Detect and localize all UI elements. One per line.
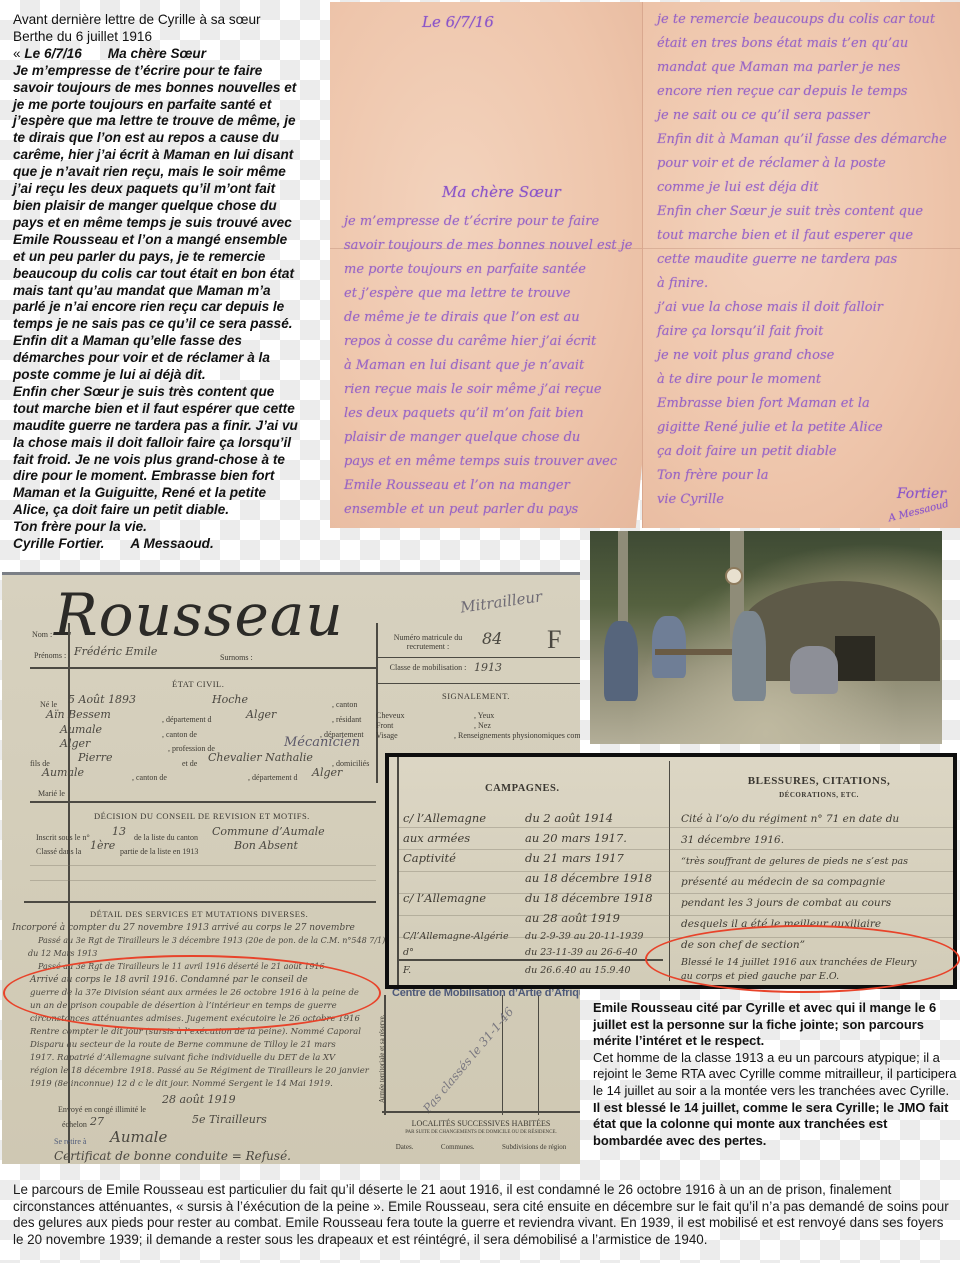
- service-line: région le 18 décembre 1918. Passé au 5e …: [30, 1066, 369, 1076]
- label-partie: partie de la liste en 1913: [120, 847, 198, 856]
- explanation-body: Cet homme de la classe 1913 a eu un parc…: [593, 1050, 956, 1098]
- campaign-place: aux armées: [403, 831, 525, 845]
- label-canton-de: , canton de: [162, 730, 197, 739]
- header-line-1: Avant dernière lettre de Cyrille à sa sœ…: [13, 12, 261, 27]
- campaign-range: au 20 mars 1917.: [525, 831, 627, 845]
- value-conge-unit: 5e Tirailleurs: [192, 1113, 267, 1126]
- explanation-conclusion: Il est blessé le 14 juillet, comme le se…: [593, 1100, 948, 1148]
- value-residant: Aumale: [60, 723, 102, 736]
- explanation-text: Emile Rousseau cité par Cyrille et avec …: [593, 1000, 958, 1149]
- campaign-range: du 2-9-39 au 20-11-1939: [525, 931, 643, 942]
- value-departement: Alger: [246, 708, 276, 721]
- service-line: du 12 Mars 1913: [28, 949, 97, 958]
- handwritten-line: me porte toujours en parfaite santée: [330, 258, 632, 282]
- service-line: Rentre compter le dit jour (sursis à l’e…: [30, 1027, 361, 1037]
- record-annotation: Mitrailleur: [459, 587, 543, 616]
- body-line: je me porte toujours en parfaite santé e…: [13, 97, 271, 112]
- campaign-place: c/ l’Allemagne: [403, 891, 525, 905]
- body-line: Alice, ça doit faire un petit diable.: [13, 502, 229, 517]
- soldier-figure: [604, 621, 638, 701]
- opening-quote: «: [13, 46, 24, 61]
- divider: [30, 667, 376, 669]
- signature: Cyrille Fortier.: [13, 536, 104, 551]
- localites-subheading: PAR SUITE DE CHANGEMENTS DE DOMICILE OU …: [382, 1130, 580, 1135]
- handwritten-line: cette maudite guerre ne tardera pas: [643, 248, 947, 272]
- value-ne-le: 5 Août 1893: [68, 693, 136, 706]
- body-line: bien plaisir de manger quelque chose du: [13, 198, 277, 213]
- handwritten-line: Emile Rousseau et l’on na manger: [330, 474, 632, 498]
- handwritten-salutation: Ma chère Sœur: [442, 180, 561, 204]
- campaign-row: Captivitédu 21 mars 1917: [403, 851, 624, 865]
- letter-date: Le 6/7/16: [24, 46, 81, 61]
- clock-icon: [725, 567, 743, 585]
- citation-line-wound: au corps et pied gauche par E.O.: [681, 970, 957, 984]
- campaign-row: F.du 26.6.40 au 15.9.40: [403, 965, 631, 976]
- handwritten-line: à te dire pour le moment: [643, 368, 947, 392]
- campaign-row: c/ l’Allemagnedu 18 décembre 1918: [403, 891, 653, 905]
- service-line: 1919 (8e inconnue) 12 d c le dit jour. N…: [30, 1079, 333, 1089]
- value-departement3: Alger: [312, 766, 342, 779]
- body-line: temps je ne sais pas ce qu’il ce sera pa…: [13, 316, 293, 331]
- value-matricule: 84: [482, 629, 502, 648]
- campaign-range: du 26.6.40 au 15.9.40: [525, 965, 631, 976]
- service-line: Passé au 3e Rgt de Tirailleurs le 11 avr…: [38, 962, 325, 971]
- handwritten-line: tout marche bien et il faut esperer que: [643, 224, 947, 248]
- label-matricule: Numéro matricule du recrutement :: [388, 633, 468, 651]
- value-matricule-letter: F: [547, 625, 561, 655]
- col-dates: Dates.: [396, 1143, 414, 1151]
- campaign-place: F.: [403, 965, 525, 976]
- label-classe-dans: Classé dans la: [36, 847, 81, 856]
- body-line: poste comme je lui ai déjà dit.: [13, 367, 206, 382]
- body-line: carême, hier j’ai écrit à Maman en lui d…: [13, 147, 293, 162]
- label-nez: , Nez: [474, 721, 491, 730]
- handwritten-line: je ne sait ou ce qu’il sera passer: [643, 104, 947, 128]
- label-departement3: , département d: [248, 773, 298, 782]
- transcription-body: « Le 6/7/16Ma chère Sœur Je m’empresse d…: [13, 46, 318, 553]
- divider: [24, 901, 376, 903]
- handwritten-line: ça doit faire un petit diable: [643, 440, 947, 464]
- citation-line: de son chef de section”: [681, 935, 957, 956]
- handwritten-line: plaisir de manger quelque chose du: [330, 426, 632, 450]
- col-subdivisions: Subdivisions de région: [502, 1143, 566, 1151]
- explanation-intro: Emile Rousseau cité par Cyrille et avec …: [593, 1000, 936, 1048]
- handwritten-line: encore rien reçue car depuis le temps: [643, 80, 947, 104]
- label-visage: Visage: [376, 731, 398, 740]
- body-line: Ton frère pour la vie.: [13, 519, 147, 534]
- heading-detail: DÉTAIL DES SERVICES ET MUTATIONS DIVERSE…: [90, 909, 308, 919]
- service-line: 1917. Rapatrié d’Allemagne suivant fiche…: [30, 1053, 335, 1063]
- label-classe-mob: Classe de mobilisation :: [388, 663, 468, 672]
- ruling: [30, 865, 376, 866]
- value-domicilies: Aumale: [42, 766, 84, 779]
- handwritten-line: pour voir et de réclamer à la poste: [643, 152, 947, 176]
- heading-decorations: DÉCORATIONS, ETC.: [689, 791, 949, 799]
- label-marie: Marié le: [38, 789, 65, 798]
- label-liste: de la liste du canton: [134, 833, 198, 842]
- campaign-place: d°: [403, 947, 525, 958]
- label-nom: Nom :: [32, 630, 52, 639]
- label-envoye: Envoyé en congé illimité le: [58, 1105, 146, 1114]
- campaign-place: c/ l’Allemagne: [403, 811, 525, 825]
- citation-line: présenté au médecin de sa compagnie: [681, 872, 957, 893]
- service-line: Incorporé à compter du 27 novembre 1913 …: [12, 923, 355, 933]
- campaigns-inset: CAMPAGNES. BLESSURES, CITATIONS, DÉCORAT…: [385, 753, 957, 989]
- body-line: Enfin cher Sœur je suis très content que: [13, 384, 274, 399]
- handwritten-line: de même je te dirais que l’on est au: [330, 306, 632, 330]
- handwritten-line: savoir toujours de mes bonnes nouvel est…: [330, 234, 632, 258]
- citation-line: “très souffrant de gelures de pieds ne s…: [681, 851, 957, 872]
- citation-text: Cité à l’o/o du régiment n° 71 en date d…: [681, 809, 957, 984]
- handwritten-line: faire ça lorsqu’il fait froit: [643, 320, 947, 344]
- value-inscrit-num: 13: [112, 825, 126, 838]
- heading-decision: DÉCISION DU CONSEIL DE REVISION ET MOTIF…: [94, 811, 310, 821]
- handwritten-lines-left: je m’empresse de t’écrire pour te faire …: [330, 210, 632, 522]
- heading-localites: LOCALITÉS SUCCESSIVES HABITÉES: [382, 1119, 580, 1128]
- col-communes: Communes.: [441, 1143, 475, 1151]
- letter-page-left: Le 6/7/16 Ma chère Sœur je m’empresse de…: [330, 2, 642, 528]
- service-line: Passé au 3e Rgt de Tirailleurs le 3 déce…: [38, 936, 385, 945]
- citation-line: Cité à l’o/o du régiment n° 71 en date d…: [681, 809, 957, 830]
- label-renseignements: , Renseignements physionomiques compléme…: [454, 731, 580, 740]
- service-line: guerre de la 37e Division séant aux armé…: [30, 988, 359, 998]
- handwritten-line: à finire.: [643, 272, 947, 296]
- body-line: fait froid. Je ne vois plus grand-chose …: [13, 452, 285, 467]
- campaign-range: du 2 août 1914: [525, 811, 613, 825]
- handwritten-line: ensemble et un peut parler du pays: [330, 498, 632, 522]
- citation-line: desquels il a été le meilleur auxiliaire: [681, 914, 957, 935]
- body-line: la chose mais il doit falloir faire ça l…: [13, 435, 291, 450]
- service-line: Arrivé au corps le 18 avril 1916. Condam…: [30, 975, 308, 985]
- value-departement2: Alger: [60, 737, 90, 750]
- body-line: tout marche bien et il faut espérer que …: [13, 401, 295, 416]
- label-residant: , résidant: [332, 715, 361, 724]
- heading-campagnes: CAMPAGNES.: [485, 783, 560, 794]
- value-echelon: 27: [90, 1115, 104, 1128]
- body-line: Enfin dit a Maman qu’elle fasse des: [13, 333, 242, 348]
- header-line-2: Berthe du 6 juillet 1916: [13, 29, 152, 44]
- campaign-place: C/l’Allemagne-Algérie: [403, 931, 525, 942]
- value-classe-mob: 1913: [474, 661, 502, 674]
- value-liste-commune: Commune d’Aumale: [212, 825, 325, 838]
- handwritten-line: pays et en même temps suis trouver avec: [330, 450, 632, 474]
- handwritten-line: comme je lui est déja dit: [643, 176, 947, 200]
- campaign-range: au 18 décembre 1918: [525, 871, 652, 885]
- value-classe-partie: 1ère: [90, 839, 115, 852]
- body-line: Emile Rousseau et l’on a mangé ensemble: [13, 232, 287, 247]
- value-canton: Aïn Bessem: [46, 708, 111, 721]
- value-profession: Mécanicien: [284, 735, 360, 750]
- handwritten-line: je ne voit plus grand chose: [643, 344, 947, 368]
- divider: [378, 683, 580, 684]
- handwritten-line: rien reçue mais le soir même j’ai reçue: [330, 378, 632, 402]
- handwritten-line: Enfin dit à Maman qu’il fasse des démarc…: [643, 128, 947, 152]
- localites-columns: Dates. Communes. Subdivisions de région: [382, 1143, 580, 1151]
- heading-blessures: BLESSURES, CITATIONS,: [689, 775, 949, 787]
- dugout-entrance: [835, 636, 875, 681]
- handwritten-date: Le 6/7/16: [422, 10, 494, 34]
- value-mere: Chevalier Nathalie: [208, 751, 313, 764]
- body-line: j’espère que ma lettre te trouve de même…: [13, 113, 296, 128]
- label-cheveux: Cheveux: [376, 711, 404, 720]
- label-departement: , département d: [162, 715, 212, 724]
- divider: [378, 657, 580, 658]
- handwritten-line: Embrasse bien fort Maman et la: [643, 392, 947, 416]
- label-canton-de2: , canton de: [132, 773, 167, 782]
- value-pere: Pierre: [78, 751, 112, 764]
- campaign-row: au 28 août 1919: [403, 911, 620, 925]
- service-line: un an de prison coupable de désertion à …: [30, 1001, 337, 1011]
- handwritten-line: et j’espère que ma lettre te trouve: [330, 282, 632, 306]
- heading-etat-civil: ÉTAT CIVIL.: [172, 679, 224, 689]
- campaign-row: d°du 23-11-39 au 26-6-40: [403, 947, 637, 958]
- soldier-figure: [732, 611, 766, 701]
- body-line: Maman et la Guiguitte, René et la petite: [13, 485, 266, 500]
- handwritten-line: je m’empresse de t’écrire pour te faire: [330, 210, 632, 234]
- body-line: démarches pour voir et de réclamer à la: [13, 350, 270, 365]
- campaign-range: du 23-11-39 au 26-6-40: [525, 947, 637, 958]
- letter-transcription: Avant dernière lettre de Cyrille à sa sœ…: [13, 12, 318, 553]
- service-line: circonstances atténuantes admises. Jugem…: [30, 1014, 360, 1024]
- handwritten-line: j’ai vue la chose mais il doit falloir: [643, 296, 947, 320]
- value-certificat: Certificat de bonne conduite = Refusé.: [54, 1149, 291, 1163]
- body-line: dire pour le moment. Embrasse bien fort: [13, 468, 274, 483]
- label-surnoms: Surnoms :: [220, 653, 253, 662]
- body-line: mais tant qu’au mandat que Maman m’a: [13, 283, 271, 298]
- soldier-figure: [652, 616, 686, 678]
- body-line: pays et en même temps je suis trouvé ave…: [13, 215, 292, 230]
- campaign-row: aux arméesau 20 mars 1917.: [403, 831, 627, 845]
- citation-line: pendant les 3 jours de combat au cours: [681, 893, 957, 914]
- body-line: j’ai reçu les deux paquets qu’il m’ont f…: [13, 181, 275, 196]
- handwritten-line: les deux paquets qu’il m’on fait bien: [330, 402, 632, 426]
- campaign-place: Captivité: [403, 851, 525, 865]
- handwritten-line: je te remercie beaucoups du colis car to…: [643, 8, 947, 32]
- transcription-header: Avant dernière lettre de Cyrille à sa sœ…: [13, 12, 318, 46]
- handwritten-line: mandat que Maman ma parler je nes: [643, 56, 947, 80]
- campaign-range: au 28 août 1919: [525, 911, 620, 925]
- handwritten-lines-right: je te remercie beaucoups du colis car to…: [643, 8, 947, 512]
- value-bon: Bon Absent: [234, 839, 298, 852]
- label-front: Front: [376, 721, 393, 730]
- localites-section: LOCALITÉS SUCCESSIVES HABITÉES PAR SUITE…: [382, 1111, 580, 1151]
- body-line: te dirais que l’on est au repos a cause …: [13, 130, 279, 145]
- letter-scan-image: Le 6/7/16 Ma chère Sœur je m’empresse de…: [330, 2, 960, 528]
- heading-signalement: SIGNALEMENT.: [442, 691, 510, 701]
- citation-line: 31 décembre 1916.: [681, 830, 957, 851]
- service-line: Disparu au secteur de la route de Berne …: [30, 1040, 336, 1050]
- value-lieu: Hoche: [212, 693, 248, 706]
- body-line: que je n’avait rien reçu, mais le soir m…: [13, 164, 286, 179]
- label-prenoms: Prénoms :: [34, 651, 66, 660]
- soldiers-dugout-photo: [590, 531, 942, 744]
- body-line: Je m’empresse de t’écrire pour te faire: [13, 63, 262, 78]
- divider: [399, 959, 663, 961]
- footer-paragraph: Le parcours de Emile Rousseau est partic…: [13, 1182, 953, 1248]
- campaign-range: du 18 décembre 1918: [525, 891, 653, 905]
- handwritten-line: gigitte René julie et la petite Alice: [643, 416, 947, 440]
- campaign-row: au 18 décembre 1918: [403, 871, 652, 885]
- label-inscrit: Inscrit sous le n°: [36, 833, 90, 842]
- letter-page-right: je te remercie beaucoups du colis car to…: [642, 2, 960, 528]
- citation-line-wound: Blessé le 14 juillet 1916 aux tranchées …: [681, 956, 957, 970]
- value-se-retire: Aumale: [110, 1128, 167, 1146]
- column-line: [538, 995, 539, 1115]
- label-canton: , canton: [332, 700, 357, 709]
- label-armee-territoriale: Armée territoriale et sa réserve.: [378, 1015, 386, 1103]
- label-yeux: , Yeux: [474, 711, 494, 720]
- label-se-retire: Se retire à: [54, 1137, 86, 1146]
- value-conge-date: 28 août 1919: [162, 1093, 236, 1106]
- campaign-range: du 21 mars 1917: [525, 851, 624, 865]
- campaign-row: C/l’Allemagne-Algériedu 2-9-39 au 20-11-…: [403, 931, 643, 942]
- body-line: maudite guerre ne tardera pas a finir. J…: [13, 418, 298, 433]
- handwritten-line: à Maman en lui disant que je n’avait: [330, 354, 632, 378]
- label-echelon: échelon: [62, 1120, 87, 1129]
- handwritten-line: Enfin cher Sœur je suit très content que: [643, 200, 947, 224]
- ruling: [30, 880, 376, 881]
- place: A Messaoud.: [130, 536, 213, 551]
- body-line: beaucoup du colis car tout était en bon …: [13, 266, 294, 281]
- value-prenoms: Frédéric Emile: [74, 645, 157, 658]
- handwritten-line: repos à cosse du carême hier j’ai écrit: [330, 330, 632, 354]
- label-et-de: et de: [182, 759, 197, 768]
- handwritten-line: était en tres bons état mais t’en qu’au: [643, 32, 947, 56]
- body-line: parlé je n’ai encore rien reçu car depui…: [13, 299, 284, 314]
- body-line: savoir toujours de mes bonnes nouvelles …: [13, 80, 296, 95]
- soldier-figure: [790, 646, 838, 694]
- divider: [30, 801, 376, 803]
- body-line: et un peu parler du pays, je te remercie: [13, 249, 265, 264]
- letter-salutation: Ma chère Sœur: [108, 46, 206, 61]
- campaign-row: c/ l’Allemagnedu 2 août 1914: [403, 811, 613, 825]
